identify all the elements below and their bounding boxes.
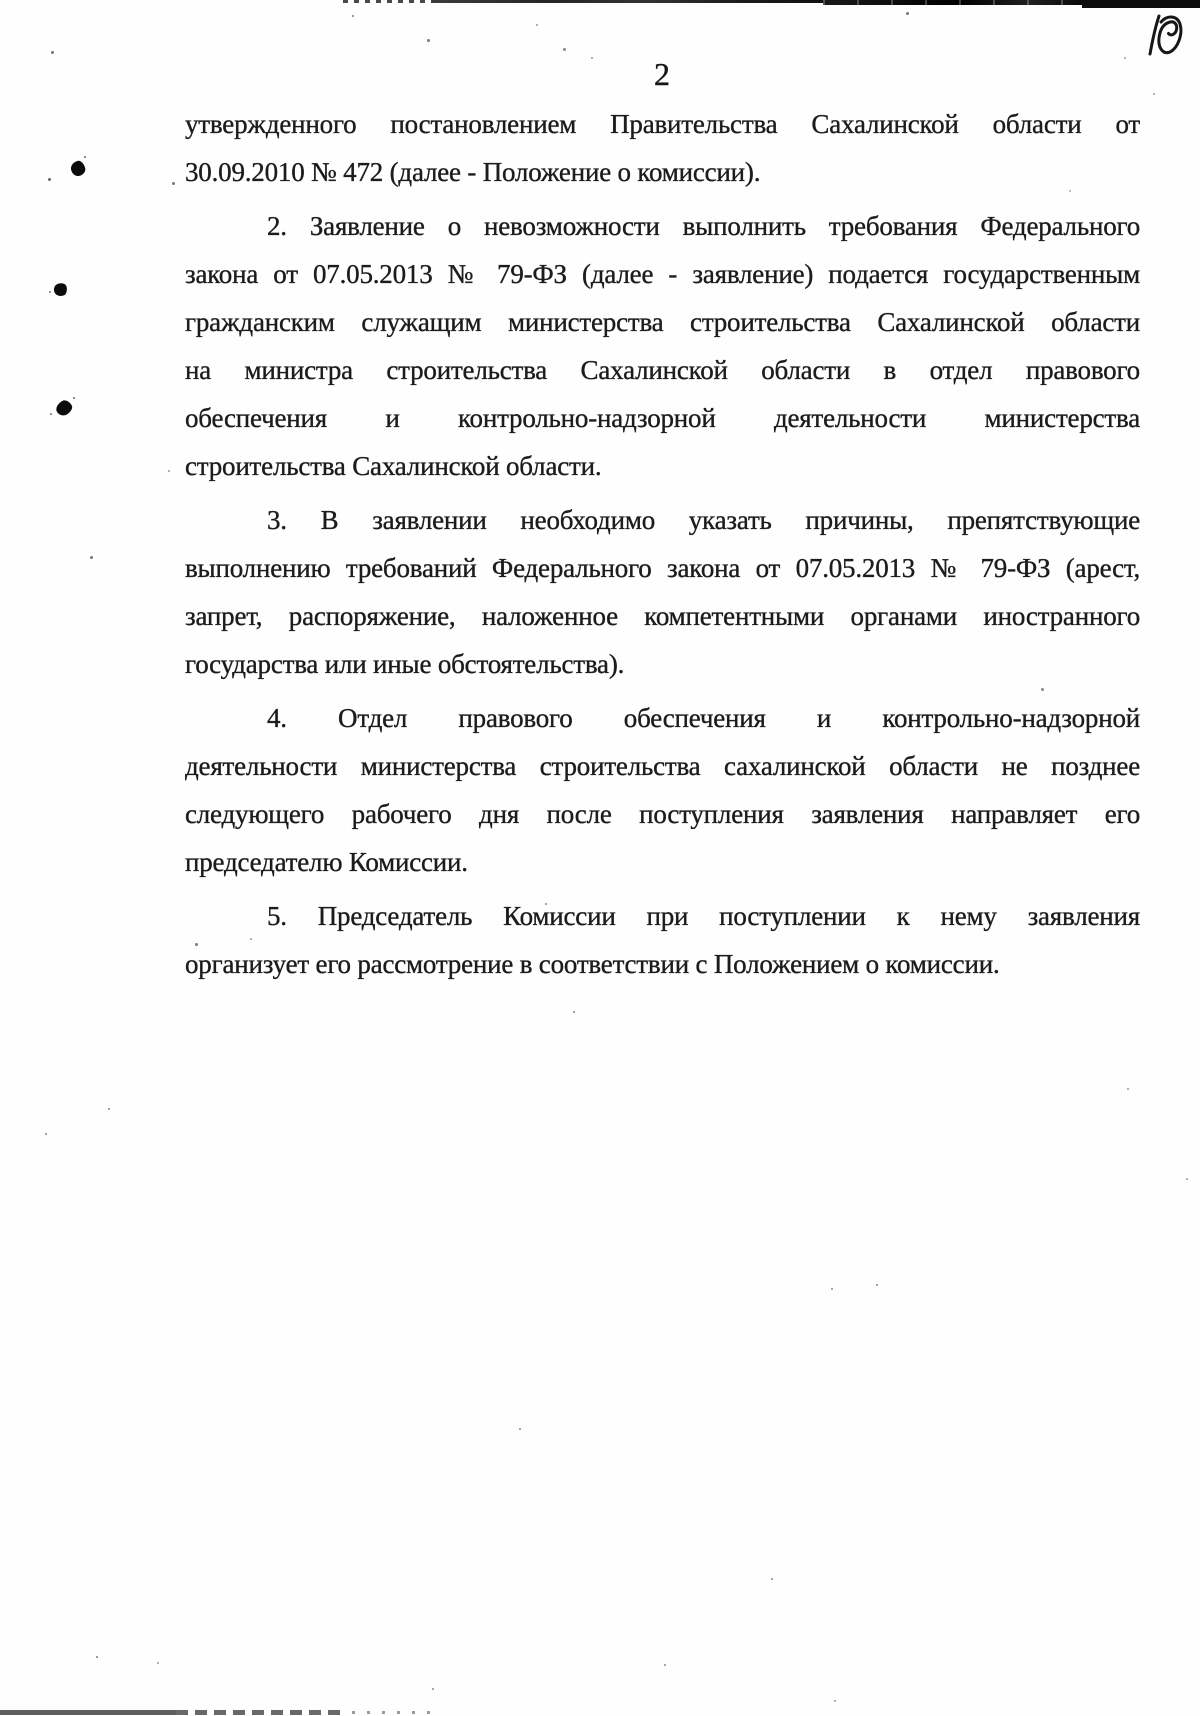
dust-speck	[84, 156, 86, 158]
dust-speck	[831, 1288, 833, 1290]
scan-artifact-top-dashes	[343, 0, 431, 3]
text-line: деятельности министерства строительства …	[185, 742, 1140, 790]
dust-speck	[432, 1688, 434, 1690]
dust-speck	[45, 1133, 47, 1135]
scan-artifact-top-corner-band	[1082, 0, 1200, 8]
dust-speck	[834, 1700, 836, 1702]
scan-artifact-bottom-dashes	[176, 1710, 346, 1715]
text-line: запрет, распоряжение, наложенное компете…	[185, 592, 1140, 640]
dust-speck	[427, 39, 430, 42]
dust-speck	[48, 178, 51, 181]
dust-speck	[573, 1011, 575, 1013]
scan-artifact-bottom-band	[0, 1710, 176, 1715]
dust-speck	[1041, 688, 1044, 691]
text-line: 30.09.2010 № 472 (далее - Положение о ко…	[185, 148, 1140, 196]
handwritten-10-icon	[1143, 13, 1183, 57]
dust-speck	[1186, 1178, 1188, 1180]
dust-speck	[51, 51, 54, 54]
scan-artifact-top-line	[431, 0, 823, 3]
dust-speck	[591, 57, 593, 59]
scan-artifact-bottom-dots	[352, 1711, 442, 1714]
text-line: гражданским служащим министерства строит…	[185, 298, 1140, 346]
dust-speck	[536, 24, 538, 26]
text-line: следующего рабочего дня после поступлени…	[185, 790, 1140, 838]
dust-speck	[563, 48, 566, 51]
text-line: организует его рассмотрение в соответств…	[185, 940, 1140, 988]
document-page: 2 утвержденного постановлением Правитель…	[0, 0, 1200, 1716]
dust-speck	[876, 1284, 878, 1286]
dust-speck	[157, 1662, 159, 1664]
dust-speck	[168, 470, 170, 472]
dust-speck	[49, 291, 51, 293]
dust-speck	[906, 12, 909, 15]
dust-speck	[1127, 1088, 1129, 1090]
text-line: 2. Заявление о невозможности выполнить т…	[185, 202, 1140, 250]
text-line: закона от 07.05.2013 № 79-ФЗ (далее - за…	[185, 250, 1140, 298]
document-body: утвержденного постановлением Правительст…	[185, 100, 1140, 988]
dust-speck	[96, 1656, 98, 1658]
ink-blob	[52, 281, 69, 298]
text-line: на министра строительства Сахалинской об…	[185, 346, 1140, 394]
text-line: строительства Сахалинской области.	[185, 442, 1140, 490]
dust-speck	[1153, 93, 1155, 95]
dust-speck	[50, 413, 52, 415]
dust-speck	[250, 938, 252, 940]
dust-speck	[90, 556, 93, 559]
dust-speck	[1069, 190, 1071, 192]
dust-speck	[771, 1578, 773, 1580]
handwritten-page-mark	[1143, 13, 1183, 57]
dust-speck	[352, 15, 354, 17]
paragraph: 3. В заявлении необходимо указать причин…	[185, 496, 1140, 688]
text-line: председателю Комиссии.	[185, 838, 1140, 886]
paragraph: 2. Заявление о невозможности выполнить т…	[185, 202, 1140, 490]
dust-speck	[172, 182, 175, 185]
dust-speck	[1124, 57, 1126, 59]
paragraph: 5. Председатель Комиссии при поступлении…	[185, 892, 1140, 988]
text-line: государства или иные обстоятельства).	[185, 640, 1140, 688]
dust-speck	[545, 903, 547, 905]
page-number: 2	[642, 56, 682, 92]
ink-blob	[54, 398, 75, 418]
text-line: 5. Председатель Комиссии при поступлении…	[185, 892, 1140, 940]
text-line: выполнению требований Федерального закон…	[185, 544, 1140, 592]
text-line: обеспечения и контрольно-надзорной деяте…	[185, 394, 1140, 442]
ink-blob	[69, 159, 86, 177]
dust-speck	[664, 1664, 666, 1666]
text-line: утвержденного постановлением Правительст…	[185, 100, 1140, 148]
scan-artifact-top-band	[823, 0, 1200, 5]
dust-speck	[73, 397, 75, 399]
text-line: 3. В заявлении необходимо указать причин…	[185, 496, 1140, 544]
dust-speck	[108, 1108, 110, 1110]
paragraph: 4. Отдел правового обеспечения и контрол…	[185, 694, 1140, 886]
paragraph: утвержденного постановлением Правительст…	[185, 100, 1140, 196]
dust-speck	[519, 1428, 521, 1430]
text-line: 4. Отдел правового обеспечения и контрол…	[185, 694, 1140, 742]
dust-speck	[195, 943, 198, 946]
